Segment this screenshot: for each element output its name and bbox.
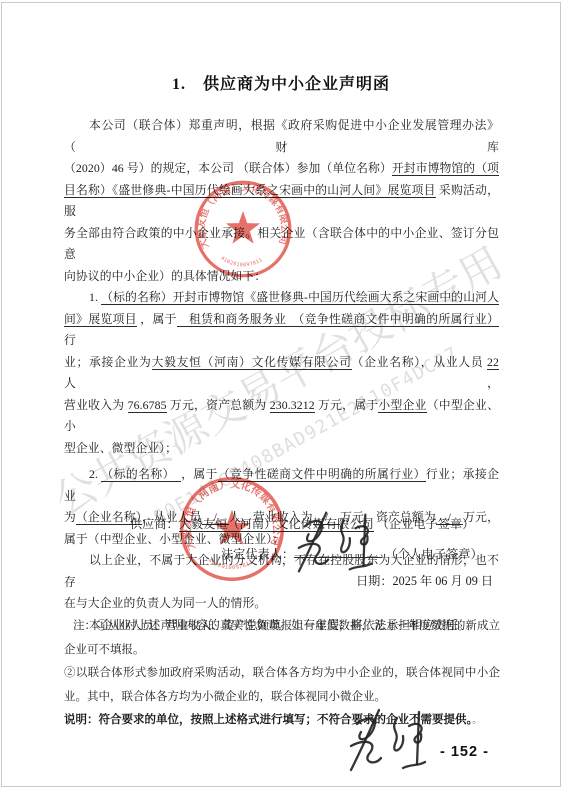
body-line: 1. （标的名称）开封市博物馆《盛世修典-中国历代绘画大系之宋画中的山河人 [64,287,499,309]
seal-star-icon [214,510,251,545]
document-page: 公共资源交易平台投标专用 80E141C8408BAD921E2110F4DC2… [1,2,561,787]
svg-text:4102010097811: 4102010097811 [207,558,255,572]
body-line: 本公司（联合体）郑重声明，根据《政府采购促进中小企业发展管理办法》（财库 [64,115,499,158]
company-seal-stamp-upper: 大毅友恒（河南）文化传媒有限公司 4102010097811 [189,175,297,283]
handwritten-signature-bottom [340,706,440,776]
note-line: 注：①从业人员、营业收入、资产总额填报上一年度数据，无上一年度数据的新成立 [64,615,500,639]
note-line: 企业可不填报。 [64,639,500,663]
seal-serial-number: 4102010097811 [219,255,264,268]
body-line: 营业收入为 76.6785 万元，资产总额为 230.3212 万元，属于小型企… [64,395,499,438]
svg-text:4102010097811: 4102010097811 [219,255,264,268]
body-line: 间》展览项目 ，属于 租赁和商务服务业 （竞争性磋商文件中明确的所属行业）行 [64,309,499,352]
legal-rep-eseal-note: （个人电子签章） [385,547,483,561]
supplier-eseal-note: （企业电子签章） [377,517,475,531]
handwritten-signature-legal-rep [293,506,381,580]
page-number: - 152 - [440,744,489,760]
supplier-label: 供应商： [130,517,179,531]
body-line: 业；承接企业为大毅友恒（河南）文化传媒有限公司（企业名称），从业人员 22 人， [64,352,499,395]
note-line: ②以联合体形式参加政府采购活动，联合体各方均为中小企业的，联合体视同中小企 [64,662,500,686]
seal-serial-number: 4102010097811 [207,558,255,572]
body-line: 在与大企业的负责人为同一人的情形。 [64,593,499,615]
body-line: 型企业、微型企业）； [64,438,499,460]
seal-star-icon [226,211,260,244]
company-seal-stamp-lower: 大毅友恒（河南）文化传媒有限公司 4102010097811 [174,471,290,587]
document-title: 1. 供应商为中小企业声明函 [2,71,560,94]
